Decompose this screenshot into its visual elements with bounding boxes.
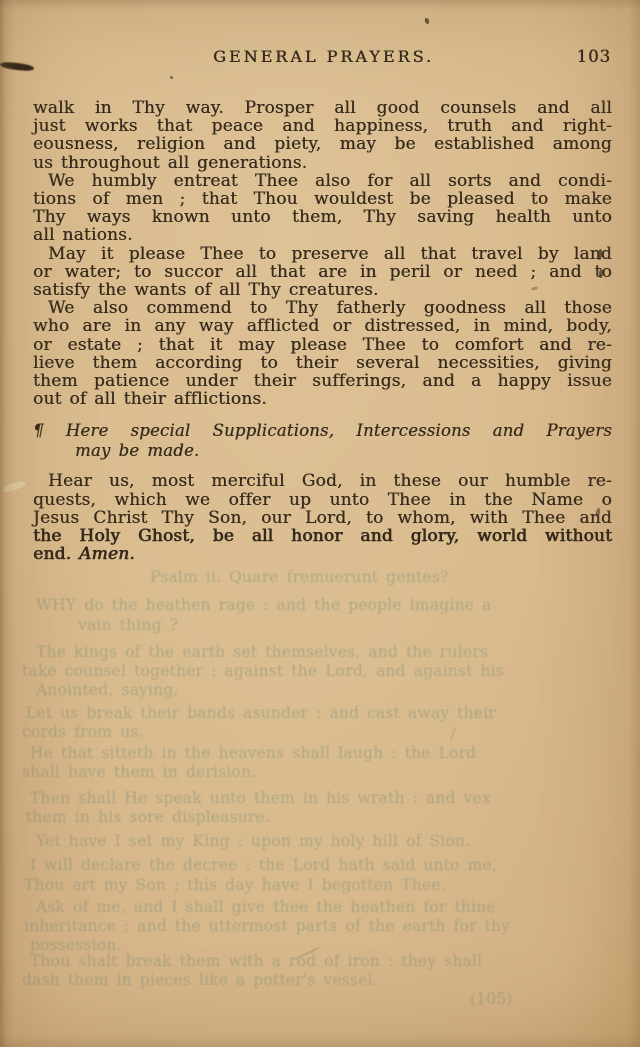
ghost-text-line: Anointed, saying, [36, 681, 179, 699]
ghost-text-line: inheritance ; and the uttermost parts of… [24, 917, 510, 935]
ghost-text-line: Then shall He speak unto them in his wra… [30, 789, 491, 807]
text-line: or water; to succor all that are in peri… [33, 263, 612, 281]
ghost-text-line: shall have them in derision. [22, 763, 256, 781]
ghost-text-line: I will declare the decree : the Lord hat… [30, 856, 497, 874]
paper-scratch [2, 479, 27, 493]
ghost-text-line: WHY do the heathen rage : and the people… [36, 596, 491, 614]
ghost-text-line: Psalm ii. Quare fremuerunt gentes? [150, 568, 448, 586]
text-line: May it please Thee to preserve all that … [33, 245, 612, 263]
text-line: quests, which we offer up unto Thee in t… [33, 491, 612, 509]
text-line: all nations. [33, 226, 612, 244]
paragraph-prosper: walk in Thy way. Prosper all good counse… [33, 99, 612, 172]
book-page-scan: GENERAL PRAYERS. 103 walk in Thy way. Pr… [0, 0, 640, 1047]
ghost-text-line: Thou shalt break them with a rod of iron… [30, 952, 482, 970]
text-line: who are in any way afflicted or distress… [33, 317, 612, 335]
text-line: ¶ Here special Supplications, Intercessi… [33, 421, 612, 441]
ghost-text-line: The kings of the earth set themselves, a… [36, 643, 488, 661]
ghost-text-line: (105) [470, 990, 513, 1008]
ghost-text-line: He that sitteth in the heavens shall lau… [30, 744, 476, 762]
text-segment: Amen. [79, 544, 135, 564]
text-line: walk in Thy way. Prosper all good counse… [33, 99, 612, 117]
prayer-text-block: walk in Thy way. Prosper all good counse… [33, 99, 612, 563]
text-line: out of all their afflictions. [33, 390, 612, 408]
text-line: end. Amen. [33, 545, 612, 563]
text-line: Hear us, most merciful God, in these our… [33, 472, 612, 490]
running-head-title: GENERAL PRAYERS. [33, 47, 614, 66]
ink-speck [170, 76, 173, 79]
text-line: tions of men ; that Thou wouldest be ple… [33, 190, 612, 208]
scan-wedge [0, 61, 34, 72]
ghost-text-line: Yet have I set my King : upon my holy hi… [36, 832, 470, 850]
ghost-text-line: Thou art my Son ; this day have I begott… [24, 876, 446, 894]
ghost-text-line: Ask of me, and I shall give thee the hea… [36, 898, 496, 916]
text-line: We also commend to Thy fatherly goodness… [33, 299, 612, 317]
rubric-special-supplications: ¶ Here special Supplications, Intercessi… [33, 421, 612, 461]
text-line: We humbly entreat Thee also for all sort… [33, 172, 612, 190]
paper-crease [449, 726, 456, 742]
text-line: eousness, religion and piety, may be est… [33, 135, 612, 153]
ghost-text-line: vain thing ? [78, 616, 178, 634]
text-line: the Holy Ghost, be all honor and glory, … [33, 527, 612, 545]
text-line: Thy ways known unto them, Thy saving hea… [33, 208, 612, 226]
ghost-text-line: possession. [30, 936, 122, 954]
ghost-text-line: Let us break their bands asunder : and c… [26, 704, 496, 722]
ghost-text-line: take counsel together : against the Lord… [22, 662, 504, 680]
page-header: GENERAL PRAYERS. 103 [33, 47, 614, 69]
ghost-text-line: them in his sore displeasure. [26, 808, 270, 826]
text-line: may be made. [33, 441, 612, 461]
paper-crease [296, 947, 320, 960]
page-number: 103 [577, 47, 612, 66]
paragraph-afflicted: We also commend to Thy fatherly goodness… [33, 299, 612, 408]
paragraph-travelers: May it please Thee to preserve all that … [33, 245, 612, 300]
text-line: or estate ; that it may please Thee to c… [33, 336, 612, 354]
paragraph-hear-us: Hear us, most merciful God, in these our… [33, 472, 612, 563]
ghost-text-line: cords from us. [22, 723, 144, 741]
text-line: just works that peace and happiness, tru… [33, 117, 612, 135]
text-line: satisfy the wants of all Thy creatures. [33, 281, 612, 299]
ink-speck [424, 17, 430, 24]
text-segment: end. [33, 544, 79, 564]
text-line: Jesus Christ Thy Son, our Lord, to whom,… [33, 509, 612, 527]
paragraph-all-conditions: We humbly entreat Thee also for all sort… [33, 172, 612, 245]
text-line: lieve them according to their several ne… [33, 354, 612, 372]
ghost-text-line: dash them in pieces like a potter's vess… [22, 971, 378, 989]
text-line: us throughout all generations. [33, 154, 612, 172]
text-line: them patience under their sufferings, an… [33, 372, 612, 390]
